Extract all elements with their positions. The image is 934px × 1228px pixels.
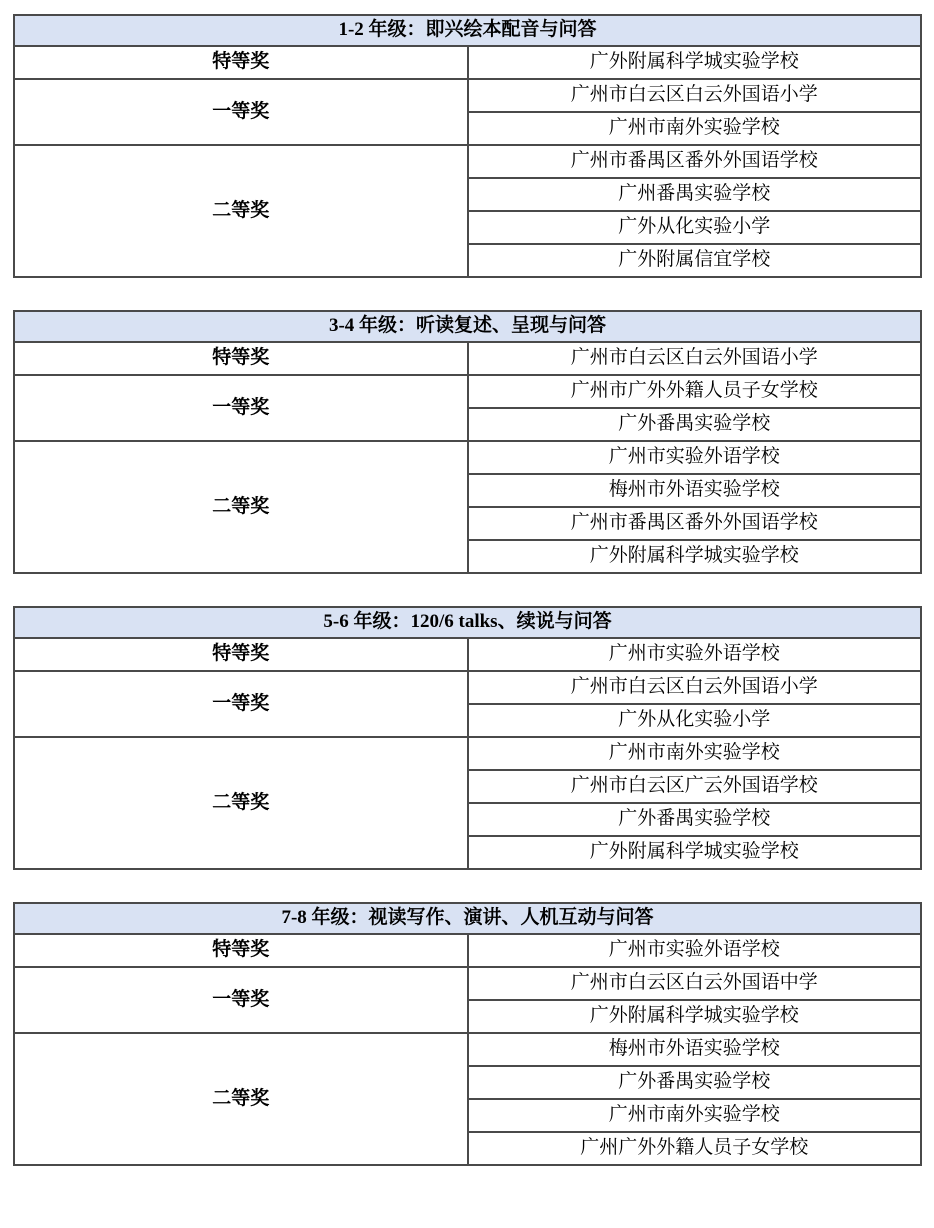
school-cell: 广州广外外籍人员子女学校: [468, 1132, 922, 1165]
school-cell: 广外附属科学城实验学校: [468, 1000, 922, 1033]
school-cell: 广州市实验外语学校: [468, 934, 922, 967]
school-cell: 广州市白云区白云外国语中学: [468, 967, 922, 1000]
awards-table-grades-7-8: 7-8 年级：视读写作、演讲、人机互动与问答 特等奖 广州市实验外语学校 一等奖…: [13, 902, 922, 1166]
school-cell: 梅州市外语实验学校: [468, 1033, 922, 1066]
school-cell: 广州市白云区白云外国语小学: [468, 342, 922, 375]
school-cell: 广外番禺实验学校: [468, 408, 922, 441]
awards-table-grades-5-6: 5-6 年级：120/6 talks、续说与问答 特等奖 广州市实验外语学校 一…: [13, 606, 922, 870]
school-cell: 广州市实验外语学校: [468, 638, 922, 671]
school-cell: 广外附属信宜学校: [468, 244, 922, 277]
table-title: 1-2 年级：即兴绘本配音与问答: [14, 15, 921, 46]
document-page: 1-2 年级：即兴绘本配音与问答 特等奖 广外附属科学城实验学校 一等奖 广州市…: [0, 0, 934, 1166]
school-cell: 广外附属科学城实验学校: [468, 540, 922, 573]
award-label-first: 一等奖: [14, 79, 468, 145]
school-cell: 梅州市外语实验学校: [468, 474, 922, 507]
school-cell: 广州市白云区白云外国语小学: [468, 79, 922, 112]
school-cell: 广州市实验外语学校: [468, 441, 922, 474]
school-cell: 广州市番禺区番外外国语学校: [468, 145, 922, 178]
award-label-first: 一等奖: [14, 671, 468, 737]
award-label-second: 二等奖: [14, 145, 468, 277]
awards-table-grades-3-4: 3-4 年级：听读复述、呈现与问答 特等奖 广州市白云区白云外国语小学 一等奖 …: [13, 310, 922, 574]
school-cell: 广外从化实验小学: [468, 211, 922, 244]
award-label-special: 特等奖: [14, 638, 468, 671]
award-label-special: 特等奖: [14, 934, 468, 967]
award-label-second: 二等奖: [14, 737, 468, 869]
school-cell: 广州市番禺区番外外国语学校: [468, 507, 922, 540]
award-label-special: 特等奖: [14, 46, 468, 79]
school-cell: 广州市白云区白云外国语小学: [468, 671, 922, 704]
school-cell: 广外番禺实验学校: [468, 1066, 922, 1099]
school-cell: 广外附属科学城实验学校: [468, 46, 922, 79]
school-cell: 广州市南外实验学校: [468, 112, 922, 145]
school-cell: 广州市广外外籍人员子女学校: [468, 375, 922, 408]
school-cell: 广州市南外实验学校: [468, 1099, 922, 1132]
table-title: 3-4 年级：听读复述、呈现与问答: [14, 311, 921, 342]
school-cell: 广外附属科学城实验学校: [468, 836, 922, 869]
school-cell: 广外番禺实验学校: [468, 803, 922, 836]
award-label-second: 二等奖: [14, 1033, 468, 1165]
awards-table-grades-1-2: 1-2 年级：即兴绘本配音与问答 特等奖 广外附属科学城实验学校 一等奖 广州市…: [13, 14, 922, 278]
school-cell: 广州市南外实验学校: [468, 737, 922, 770]
table-title: 5-6 年级：120/6 talks、续说与问答: [14, 607, 921, 638]
award-label-first: 一等奖: [14, 967, 468, 1033]
school-cell: 广州市白云区广云外国语学校: [468, 770, 922, 803]
school-cell: 广州番禺实验学校: [468, 178, 922, 211]
award-label-first: 一等奖: [14, 375, 468, 441]
table-title: 7-8 年级：视读写作、演讲、人机互动与问答: [14, 903, 921, 934]
award-label-special: 特等奖: [14, 342, 468, 375]
school-cell: 广外从化实验小学: [468, 704, 922, 737]
award-label-second: 二等奖: [14, 441, 468, 573]
